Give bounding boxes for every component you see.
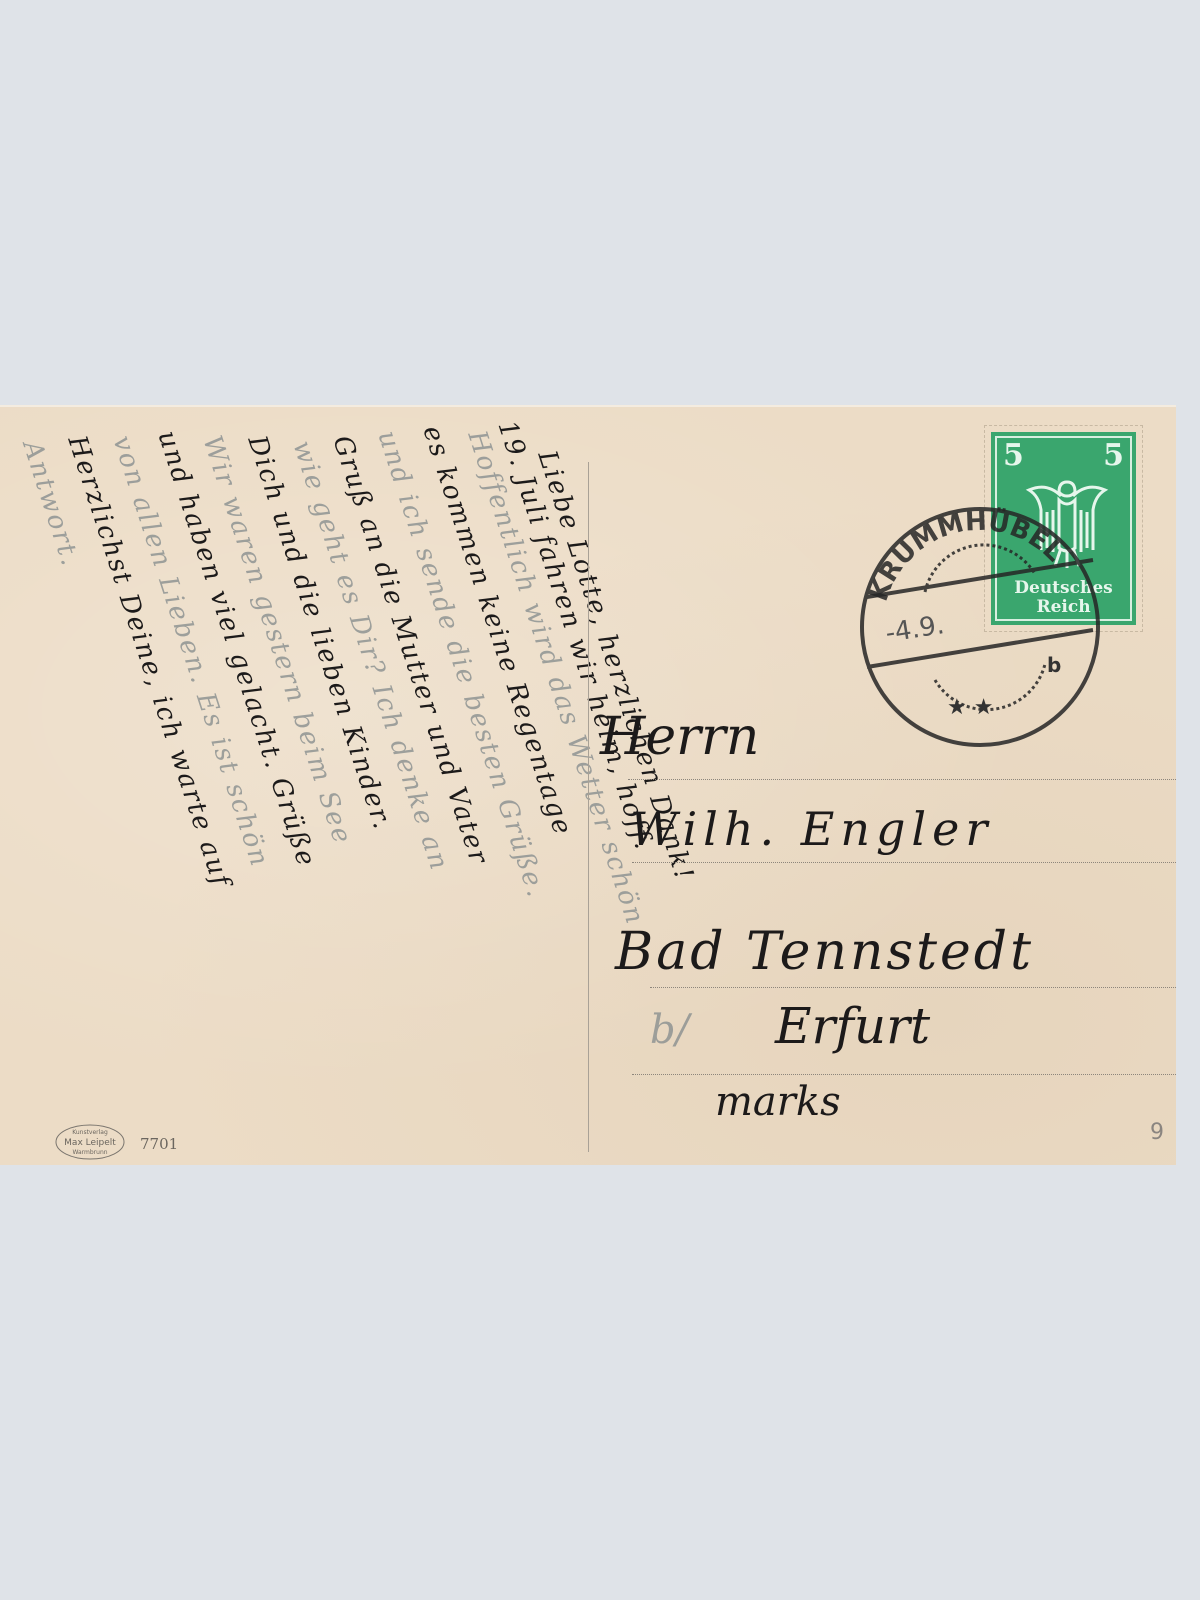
publisher-line: Kunstverlag (72, 1129, 108, 1136)
address-line (632, 1074, 1176, 1075)
address-via: b/ (650, 1007, 689, 1053)
postmark-stars: ★ ★ (947, 695, 993, 720)
address-note: marks (715, 1079, 841, 1125)
divider-line (588, 462, 589, 1152)
address-salutation: Herrn (600, 707, 759, 767)
postmark-town: KRUMMHÜBEL (864, 504, 1069, 605)
svg-text:KRUMMHÜBEL: KRUMMHÜBEL (864, 504, 1069, 605)
publisher-line: Max Leipelt (64, 1138, 116, 1148)
postcard: Liebe Lotte, herzlichen Dank! 19. Juli f… (0, 405, 1176, 1165)
address-line (628, 779, 1176, 780)
publisher-logo: Kunstverlag Max Leipelt Warmbrunn (54, 1122, 126, 1162)
stamp-value-right: 5 (1103, 438, 1124, 473)
pencil-mark: 9 (1150, 1120, 1164, 1145)
message-area: Liebe Lotte, herzlichen Dank! 19. Juli f… (0, 407, 590, 1165)
stamp-value-left: 5 (1003, 438, 1024, 473)
address-line (650, 987, 1176, 988)
publisher-line: Warmbrunn (72, 1149, 107, 1156)
postmark-suffix: b (1047, 653, 1061, 677)
address-name: Wilh. Engler (630, 802, 993, 856)
postmark: KRUMMHÜBEL -4.9. b ★ ★ (855, 502, 1105, 752)
address-line (632, 862, 1176, 863)
publisher-number: 7701 (140, 1135, 178, 1153)
address-town: Bad Tennstedt (615, 922, 1034, 982)
postmark-date: -4.9. (883, 610, 946, 649)
address-city: Erfurt (775, 997, 930, 1055)
